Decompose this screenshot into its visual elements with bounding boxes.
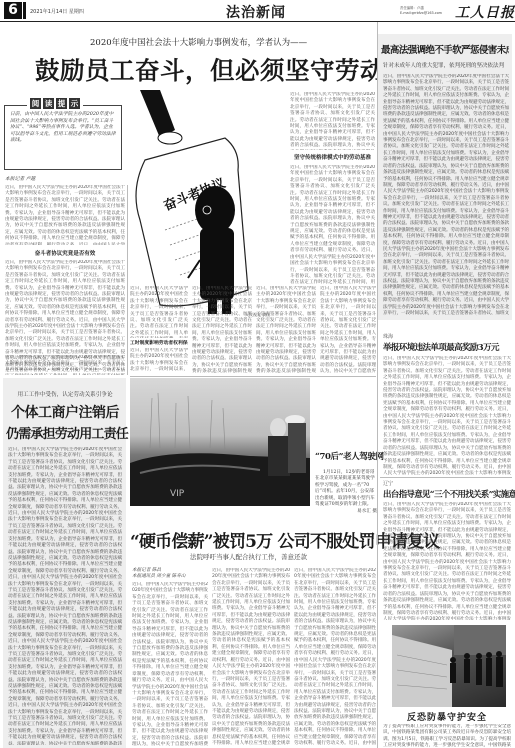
photo-caption-text: 1月12日，12岁的老哥哥在北京市某某街道某某驾驶学校学习驾驶，成为一名“70后… [315,470,377,508]
reading-tips-title: 阅 读 提 示 [27,98,83,109]
photo-headline: “70后”老人驾驶网 [315,450,377,462]
sidebar-top-body: 近日，由中国人民大学法学院主办的2020年度中国社会法十大影响力事例发布会在北京… [383,74,509,316]
left-story-body: 近日，由中国人民大学法学院主办的2020年度中国社会法十大影响力事例发布会在北京… [8,447,122,745]
section-title: 法治新闻 [226,2,286,22]
second-story-col2: 近日，由中国人民大学法学院主办的2020年度中国社会法十大影响力事例发布会在北京… [212,568,290,746]
svg-text:VIP: VIP [170,489,185,499]
tips-char: 提 [56,98,67,109]
liaoning-story-body: 近日，由中国人民大学法学院主办的2020年度中国社会法十大影响力事例发布会在北京… [383,502,511,620]
page-number: 6 [4,2,22,19]
lead-body-col6: 近日，由中国人民大学法学院主办的2020年度中国社会法十大影响力事例发布会在北京… [320,286,376,373]
lead-body-col3: 近日，由中国人民大学法学院主办的2020年度中国社会法十大影响力事例发布会在北京… [192,286,252,373]
lead-body-col4: 近日，由中国人民大学法学院主办的2020年度中国社会法十大影响力事例发布会在北京… [256,286,316,373]
reading-tips-text: 日前，由中国人民大学法学院主办的2020年度中国社会法十大影响力事例发布会举行。… [10,112,116,145]
news-photo-driver: VIP [130,378,310,506]
lead-subhead-1: 奋斗者协议究竟是否有效 [5,249,125,257]
lead-body-col2b: 近日，由中国人民大学法学院主办的2020年度中国社会法十大影响力事例发布会在北京… [130,348,188,373]
zhuhai-story-body: 近日，由中国人民大学法学院主办的2020年度中国社会法十大影响力事例发布会在北京… [383,356,511,476]
security-story-headline[interactable]: 反恐防暴守护安全 [383,710,511,723]
sidebar-top-subheadline: 针对未成年人的重大犯罪，依判死刑的坚决依法判 [383,61,509,69]
second-story-subheadline: 法院呼吁当事人配合执行工作，善意还款 [190,552,307,561]
lead-body-col2: 近日，由中国人民大学法学院主办的2020年度中国社会法十大影响力事例发布会在北京… [130,286,188,338]
second-story-col3: 近日，由中国人民大学法学院主办的2020年度中国社会法十大影响力事例发布会在北京… [294,568,376,746]
lead-body-col5b: 近日，由中国人民大学法学院主办的2020年度中国社会法十大影响力事例发布会在北京… [290,165,375,285]
left-story-headline-2[interactable]: 仍需承担劳动用工责任 [6,423,124,442]
lead-body-tail: 近日，由中国人民大学法学院主办的2020年度中国社会法十大影响力事例发布会在北京… [5,355,125,375]
issue-date: 2021年1月14日 星期四 [30,8,84,15]
column-rule [377,22,378,748]
zhuhai-story-headline[interactable]: 举报环境违法单项最高奖励3万元 [383,341,499,353]
security-story-caption: 为了提高学校职工应对突发事件的能力，进一步强化学生安全意识，中国铁路某集团有限公… [383,724,511,748]
divider [380,477,512,478]
lead-byline: 本报记者 卢越 [5,175,35,182]
tips-char: 示 [69,98,80,109]
lead-subhead-2: 坚守传统格律模式中的劳动基准 [290,153,375,161]
page-number-bar [23,2,26,19]
left-story-kicker: 用工工作中受伤，认定劳动关系引争论 [10,390,120,398]
lead-kicker: 2020年度中国社会法十大影响力事例发布，学者认为—— [90,36,307,48]
photo-caption-block: “70后”老人驾驶网 1月12日，12岁的老哥哥在北京市某某街道某某驾驶学校学习… [315,450,377,514]
lead-body-col1: 近日，由中国人民大学法学院主办的2020年度中国社会法十大影响力事例发布会在北京… [5,185,125,245]
lead-body-col1b: 近日，由中国人民大学法学院主办的2020年度中国社会法十大影响力事例发布会在北京… [5,260,125,370]
byline-correspondent: 本报通讯员 周少童 陈寿山 [132,574,185,580]
tips-char: 读 [43,98,54,109]
lead-headline[interactable]: 鼓励员工奋斗，但必须坚守劳动法规 [35,52,435,87]
editor-email: E-mail:grrbfzx@163.com [400,11,442,16]
divider [130,376,376,377]
newspaper-logo: 工人日报 [455,2,515,22]
lead-body-col5: 近日，由中国人民大学法学院主办的2020年度中国社会法十大影响力事例发布会在北京… [290,92,375,150]
tips-char: 阅 [30,98,41,109]
left-story-headline-1[interactable]: 个体工商户注销后 [6,402,124,422]
second-story-byline: 本报记者 陈昌 本报通讯员 周少童 陈寿山 [132,568,185,580]
second-story-col1: 近日，由中国人民大学法学院主办的2020年度中国社会法十大影响力事例发布会在北京… [132,582,208,746]
news-photo-security [392,625,506,707]
column-rule [127,185,128,375]
story-location-liaoning: 辽宁 [383,480,393,487]
lead-subhead-3: 工时制度影响劳动者权利保护 [130,339,188,346]
liaoning-story-headline[interactable]: 出台指导意见“三个不用找关系”实施意见 [383,488,515,500]
photo-credit: 易水汇 摄 [315,508,377,514]
editor-info: 责任编辑：卢越 E-mail:grrbfzx@163.com [400,6,442,15]
sidebar-top-headline[interactable]: 最高法强调绝不手软严惩侵害未成年人犯罪 [381,42,509,56]
story-location-zhuhai: 珠海 [383,333,393,340]
masthead-rule [0,21,515,22]
